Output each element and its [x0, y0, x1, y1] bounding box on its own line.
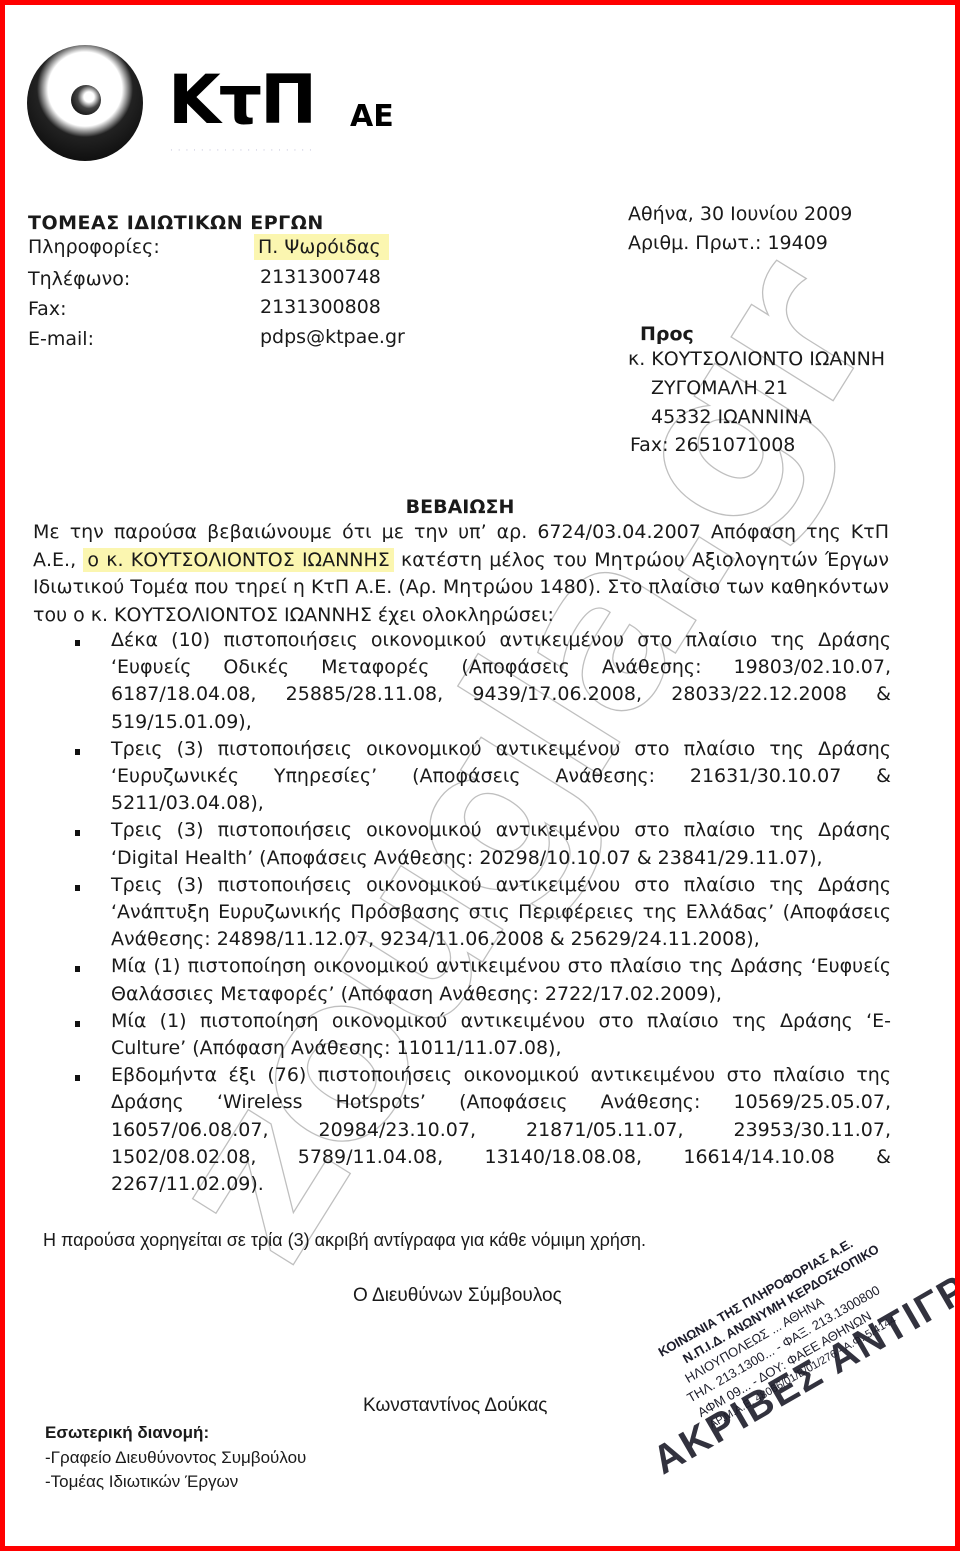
certifications-list: Δέκα (10) πιστοποιήσεις οικονομικού αντι…: [73, 627, 891, 1198]
recipient-name: κ. ΚΟΥΤΣΟΛΙΟΝΤΟ ΙΩΑΝΝΗ: [628, 350, 885, 369]
distribution-item: -Τομέας Ιδιωτικών Έργων: [45, 1472, 238, 1492]
department-heading: ΤΟΜΕΑΣ ΙΔΙΩΤΙΚΩΝ ΕΡΓΩΝ: [28, 212, 324, 234]
document-title: ΒΕΒΑΙΩΣΗ: [5, 496, 915, 518]
signer-title: Ο Διευθύνων Σύμβουλος: [353, 1285, 562, 1307]
list-item: Εβδομήντα έξι (76) πιστοποιήσεις οικονομ…: [73, 1062, 891, 1198]
place-date: Αθήνα, 30 Ιουνίου 2009: [628, 205, 852, 224]
fax-label: Fax:: [28, 300, 66, 319]
logo-wordmark: ΚτΠ: [168, 67, 315, 135]
list-item: Μία (1) πιστοποίηση οικονομικού αντικειμ…: [73, 1008, 891, 1062]
info-label: Πληροφορίες:: [28, 238, 160, 257]
logo-subtitle: · · · · · · · · · · · · · · · · · · ·: [170, 146, 313, 156]
email-label: E-mail:: [28, 330, 94, 349]
recipient-fax: Fax: 2651071008: [630, 436, 795, 455]
list-item: Τρεις (3) πιστοποιήσεις οικονομικού αντι…: [73, 872, 891, 954]
recipient-heading: Προς: [640, 325, 694, 344]
info-contact-name: Π. Ψωρόιδας: [260, 238, 389, 257]
recipient-city: 45332 ΙΩΑΝΝΙΝΑ: [651, 408, 812, 427]
list-item: Μία (1) πιστοποίηση οικονομικού αντικειμ…: [73, 953, 891, 1007]
signer-name: Κωνσταντίνος Δούκας: [363, 1395, 547, 1417]
evaluator-name-highlight: ο κ. ΚΟΥΤΣΟΛΙΟΝΤΟΣ ΙΩΑΝΝΗΣ: [83, 548, 393, 572]
list-item: Τρεις (3) πιστοποιήσεις οικονομικού αντι…: [73, 817, 891, 871]
contact-name-highlight: Π. Ψωρόιδας: [254, 234, 389, 260]
list-item: Δέκα (10) πιστοποιήσεις οικονομικού αντι…: [73, 627, 891, 736]
intro-paragraph: Με την παρούσα βεβαιώνουμε ότι με την υπ…: [33, 519, 889, 629]
fax-value: 2131300808: [260, 298, 381, 317]
list-item: Τρεις (3) πιστοποιήσεις οικονομικού αντι…: [73, 736, 891, 818]
closing-statement: Η παρούσα χορηγείται σε τρία (3) ακριβή …: [43, 1230, 646, 1251]
distribution-heading: Εσωτερική διανομή:: [45, 1423, 209, 1443]
email-value[interactable]: pdps@ktpae.gr: [260, 328, 405, 347]
recipient-street: ΖΥΓΟΜΑΛΗ 21: [651, 379, 788, 398]
phone-label: Τηλέφωνο:: [28, 270, 130, 289]
phone-value: 2131300748: [260, 268, 381, 287]
company-logo-icon: [27, 45, 143, 161]
logo-suffix: ΑΕ: [350, 102, 394, 132]
distribution-item: -Γραφείο Διευθύνοντος Συμβούλου: [45, 1448, 306, 1468]
document-page: zougla.gr ΚτΠ ΑΕ · · · · · · · · · · · ·…: [5, 5, 955, 1546]
protocol-number: Αριθμ. Πρωτ.: 19409: [628, 234, 828, 253]
